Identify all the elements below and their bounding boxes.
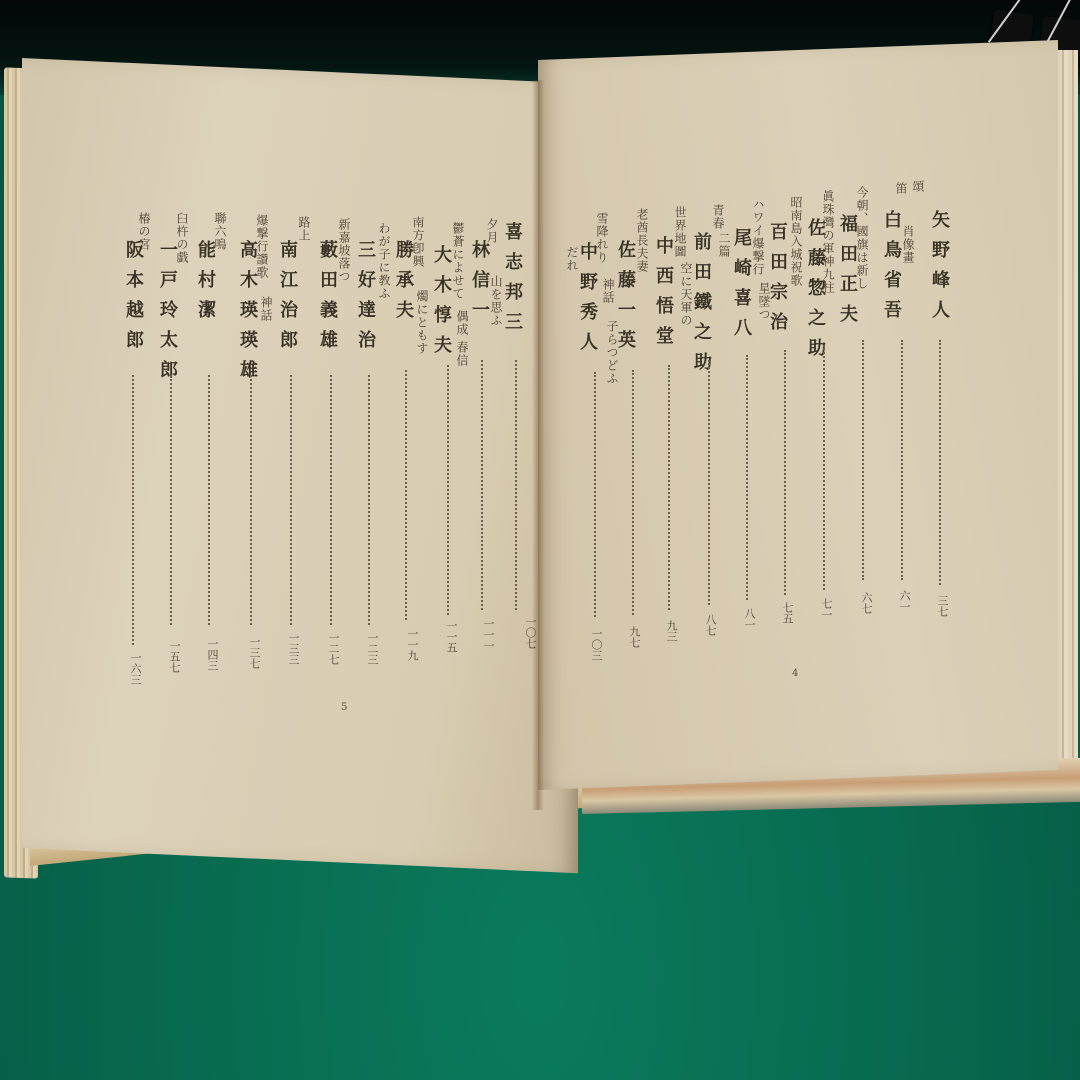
toc-author: 一戸玲太郎 (158, 240, 176, 390)
dot-leader (708, 360, 710, 605)
toc-subtitle: 二篇 (718, 232, 730, 258)
dot-leader (823, 345, 825, 590)
toc-page-number: 一五七 (166, 640, 182, 673)
toc-subtitle: 神話 (602, 278, 614, 304)
toc-author: 喜志邦三 (503, 222, 521, 342)
toc-author: 佐藤惣之助 (806, 218, 824, 368)
toc-title: ハワイ爆撃行 (752, 198, 764, 276)
dot-leader (481, 360, 483, 610)
toc-author: 南江治郎 (278, 240, 296, 360)
toc-subtitle: 神話 (260, 296, 272, 322)
toc-author: 矢野峰人 (930, 210, 948, 330)
dot-leader (368, 375, 370, 625)
toc-author: 福田正夫 (838, 214, 856, 334)
toc-page-number: 七一 (818, 598, 834, 620)
dot-leader (290, 375, 292, 625)
dot-leader (250, 375, 252, 625)
dot-leader (939, 340, 941, 585)
toc-author: 白鳥省吾 (882, 210, 900, 330)
toc-title: 新嘉坡落つ (338, 218, 350, 283)
dot-leader (746, 355, 748, 600)
toc-author: 藪田義雄 (318, 240, 336, 360)
toc-author: 林信一 (470, 240, 488, 330)
dot-leader (208, 375, 210, 625)
toc-page-number: 八一 (741, 608, 757, 630)
dot-leader (132, 375, 134, 645)
toc-page-number: 一三七 (246, 636, 262, 669)
toc-author: 能村潔 (196, 240, 214, 330)
toc-page-number: 六七 (858, 592, 874, 614)
toc-title: わが子に教ふ (378, 222, 390, 300)
toc-page-number: 一〇三 (588, 628, 604, 661)
toc-title: 老酋長夫妻 (636, 208, 648, 273)
toc-title: だれ (566, 246, 578, 272)
dot-leader (901, 340, 903, 580)
toc-page-number: 一三三 (285, 632, 301, 665)
toc-title: 路上 (298, 216, 310, 242)
dot-leader (632, 370, 634, 615)
toc-author: 尾崎喜八 (732, 228, 750, 348)
toc-page-number: 一六三 (127, 652, 143, 685)
dot-leader (330, 375, 332, 625)
toc-title: 鬱蒼によせて (452, 222, 464, 300)
toc-title: 世界地圖 (674, 206, 686, 258)
toc-page-number: 一一一 (480, 618, 496, 651)
dot-leader (515, 360, 517, 610)
toc-author: 三好達治 (356, 240, 374, 360)
toc-subtitle: 燭にともす (416, 290, 428, 355)
toc-page-number: 一一九 (404, 628, 420, 661)
dot-leader (447, 365, 449, 615)
toc-title: 笛 (895, 182, 907, 195)
toc-author: 勝承夫 (394, 240, 412, 330)
toc-subtitle: 肖像畫 (902, 225, 914, 264)
toc-page-number: 一一五 (443, 620, 459, 653)
toc-subtitle: 偶成 春信 (456, 310, 468, 367)
book-gutter (532, 80, 544, 810)
dot-leader (668, 365, 670, 610)
toc-title: 頌 (912, 180, 924, 193)
toc-subtitle: 山を思ふ (490, 275, 502, 327)
dot-leader (594, 372, 596, 617)
toc-author: 阪本越郎 (124, 240, 142, 360)
left-page (22, 58, 578, 873)
toc-page-number: 九三 (663, 620, 679, 642)
toc-title: 青春 (712, 204, 724, 230)
toc-page-number: 三七 (934, 595, 950, 617)
dot-leader (862, 340, 864, 580)
page-folio: 5 (341, 702, 347, 713)
toc-page-number: 六一 (896, 590, 912, 612)
toc-author: 佐藤一英 (616, 240, 634, 360)
toc-subtitle: 星墜つ (758, 282, 770, 321)
toc-author: 大木惇夫 (432, 245, 450, 365)
toc-page-number: 一四三 (204, 638, 220, 671)
dot-leader (784, 350, 786, 595)
toc-title: 昭南島入城祝歌 (790, 196, 802, 287)
toc-page-number: 九七 (626, 626, 642, 648)
toc-subtitle: 空に天軍の (680, 262, 692, 327)
toc-page-number: 一二三 (364, 632, 380, 665)
dot-leader (405, 370, 407, 620)
toc-page-number: 八七 (702, 614, 718, 636)
toc-author: 高木瑛瑛雄 (238, 240, 256, 390)
page-folio: 4 (792, 668, 798, 679)
dot-leader (170, 375, 172, 625)
toc-author: 中西悟堂 (654, 236, 672, 356)
toc-page-number: 一〇七 (522, 616, 538, 649)
toc-page-number: 一二七 (325, 632, 341, 665)
toc-author: 中野秀人 (578, 242, 596, 362)
toc-page-number: 七五 (779, 602, 795, 624)
